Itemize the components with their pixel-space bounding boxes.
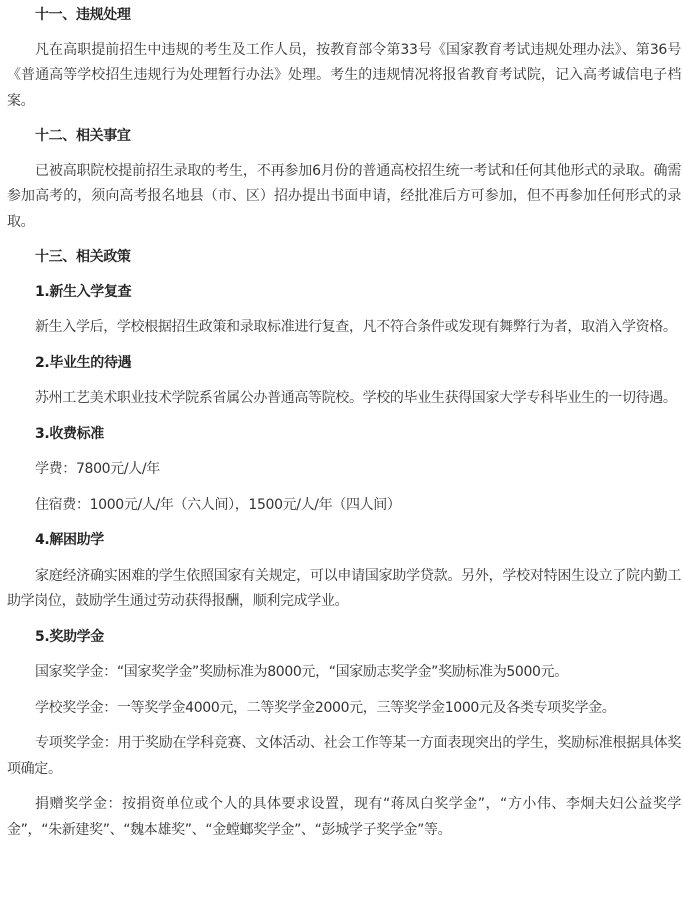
subheading-enrollment-review: 1.新生入学复查 <box>7 280 681 306</box>
section-heading-related-policies: 十三、相关政策 <box>7 245 681 271</box>
subheading-financial-aid: 4.解困助学 <box>7 528 681 554</box>
section-heading-related-matters: 十二、相关事宜 <box>7 124 681 150</box>
article-body: 十一、违规处理 凡在高职提前招生中违规的考生及工作人员，按教育部令第33号《国家… <box>0 0 683 843</box>
paragraph-violations: 凡在高职提前招生中违规的考生及工作人员，按教育部令第33号《国家教育考试违规处理… <box>7 38 681 115</box>
paragraph-national-scholarship: 国家奖学金：“国家奖学金”奖励标准为8000元，“国家励志奖学金”奖励标准为50… <box>7 660 681 686</box>
paragraph-accommodation: 住宿费：1000元/人/年（六人间），1500元/人/年（四人间） <box>7 493 681 519</box>
subheading-fees: 3.收费标准 <box>7 422 681 448</box>
paragraph-tuition: 学费：7800元/人/年 <box>7 457 681 483</box>
paragraph-donated-scholarship: 捐赠奖学金：按捐资单位或个人的具体要求设置，现有“蒋凤白奖学金”，“方小伟、李炯… <box>7 792 681 843</box>
subheading-scholarships: 5.奖助学金 <box>7 625 681 651</box>
paragraph-related-matters: 已被高职院校提前招生录取的考生，不再参加6月份的普通高校招生统一考试和任何其他形… <box>7 159 681 236</box>
paragraph-school-scholarship: 学校奖学金：一等奖学金4000元，二等奖学金2000元，三等奖学金1000元及各… <box>7 696 681 722</box>
paragraph-special-scholarship: 专项奖学金：用于奖励在学科竞赛、文体活动、社会工作等某一方面表现突出的学生，奖励… <box>7 731 681 782</box>
paragraph-graduate-treatment: 苏州工艺美术职业技术学院系省属公办普通高等院校。学校的毕业生获得国家大学专科毕业… <box>7 386 681 412</box>
paragraph-financial-aid: 家庭经济确实困难的学生依照国家有关规定，可以申请国家助学贷款。另外，学校对特困生… <box>7 564 681 615</box>
subheading-graduate-treatment: 2.毕业生的待遇 <box>7 351 681 377</box>
paragraph-enrollment-review: 新生入学后，学校根据招生政策和录取标准进行复查，凡不符合条件或发现有舞弊行为者，… <box>7 315 681 341</box>
section-heading-violations: 十一、违规处理 <box>7 3 681 29</box>
